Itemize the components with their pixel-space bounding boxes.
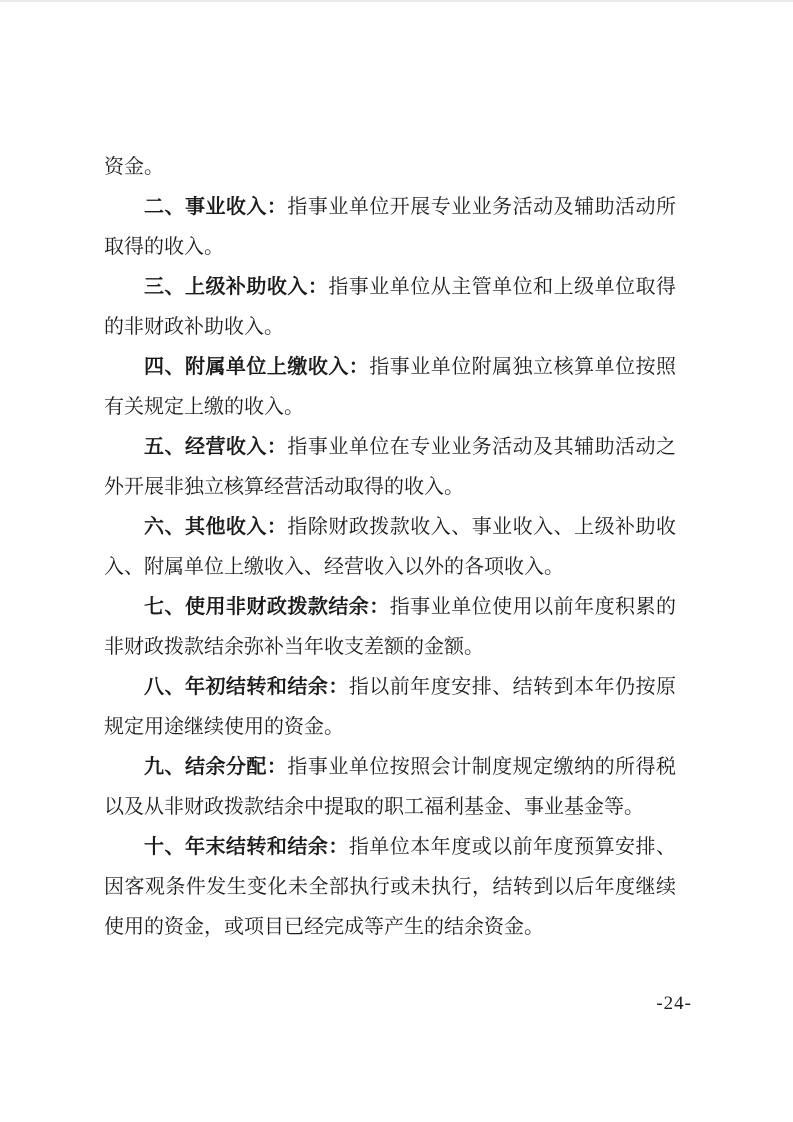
- definition-paragraph: 六、其他收入：指除财政拨款收入、事业收入、上级补助收入、附属单位上缴收入、经营收…: [104, 507, 676, 587]
- definition-paragraph: 二、事业收入：指事业单位开展专业业务活动及辅助活动所取得的收入。: [104, 187, 676, 267]
- term-heading: 六、其他收入：: [144, 516, 287, 538]
- definition-paragraph: 八、年初结转和结余：指以前年度安排、结转到本年仍按原规定用途继续使用的资金。: [104, 667, 676, 747]
- term-heading: 七、使用非财政拨款结余：: [144, 596, 390, 618]
- term-heading: 五、经营收入：: [144, 436, 287, 458]
- scan-edge-artifact: [0, 0, 793, 2]
- term-heading: 四、附属单位上缴收入：: [144, 356, 369, 378]
- definition-paragraph: 五、经营收入：指事业单位在专业业务活动及其辅助活动之外开展非独立核算经营活动取得…: [104, 427, 676, 507]
- definition-paragraph: 七、使用非财政拨款结余：指事业单位使用以前年度积累的非财政拨款结余弥补当年收支差…: [104, 587, 676, 667]
- definitions-list: 二、事业收入：指事业单位开展专业业务活动及辅助活动所取得的收入。三、上级补助收入…: [104, 187, 676, 947]
- term-heading: 十、年末结转和结余：: [144, 836, 349, 858]
- paragraph-continuation: 资金。: [104, 147, 676, 187]
- text-content: 资金。 二、事业收入：指事业单位开展专业业务活动及辅助活动所取得的收入。三、上级…: [104, 147, 676, 947]
- definition-paragraph: 九、结余分配：指事业单位按照会计制度规定缴纳的所得税以及从非财政拨款结余中提取的…: [104, 747, 676, 827]
- term-heading: 八、年初结转和结余：: [144, 676, 349, 698]
- definition-paragraph: 三、上级补助收入：指事业单位从主管单位和上级单位取得的非财政补助收入。: [104, 267, 676, 347]
- page-number: -24-: [104, 993, 692, 1015]
- term-heading: 三、上级补助收入：: [144, 276, 328, 298]
- definition-paragraph: 四、附属单位上缴收入：指事业单位附属独立核算单位按照有关规定上缴的收入。: [104, 347, 676, 427]
- term-heading: 二、事业收入：: [144, 196, 287, 218]
- term-heading: 九、结余分配：: [144, 756, 287, 778]
- definition-paragraph: 十、年末结转和结余：指单位本年度或以前年度预算安排、因客观条件发生变化未全部执行…: [104, 827, 676, 947]
